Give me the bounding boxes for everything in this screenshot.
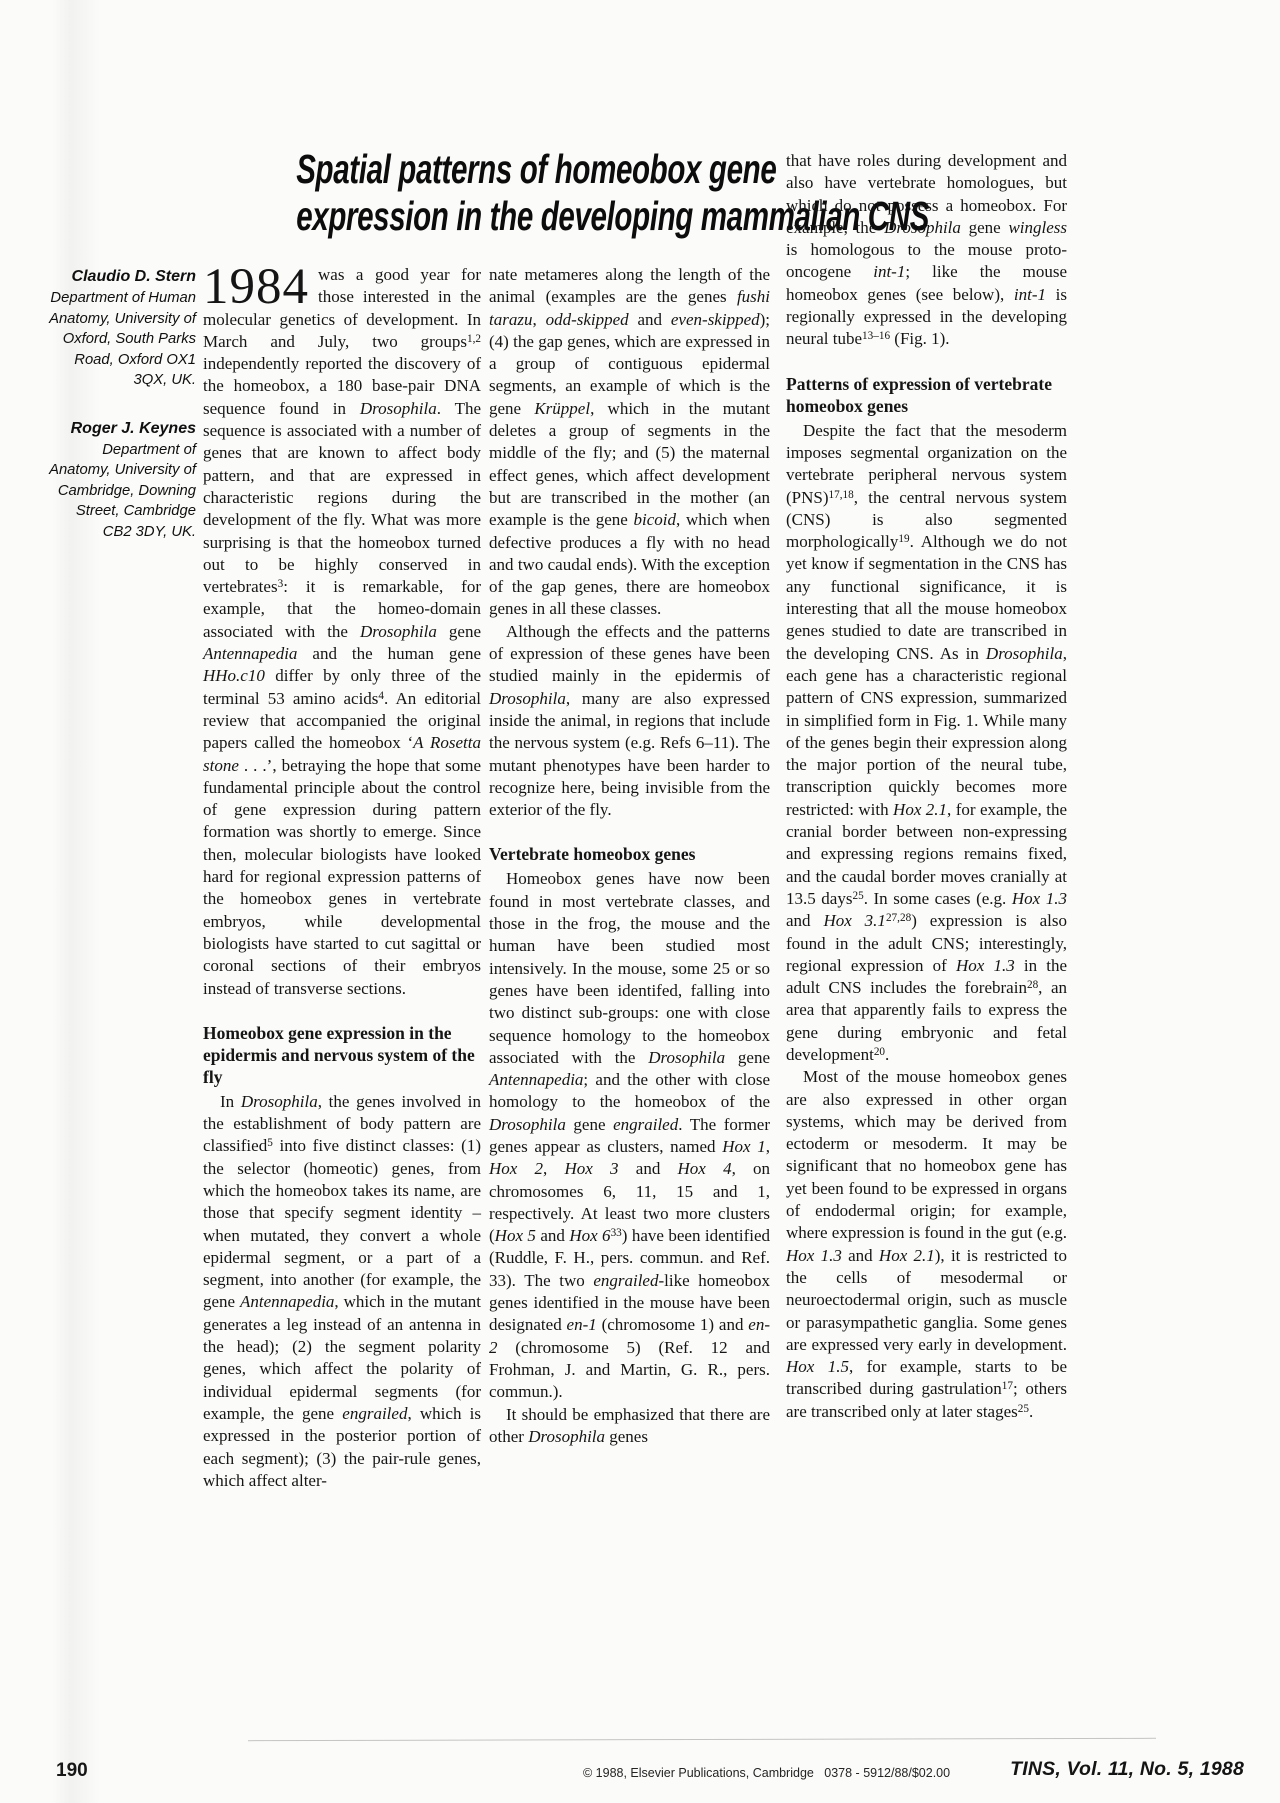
journal-page: Spatial patterns of homeobox gene expres…	[0, 0, 1280, 1803]
intro-paragraph-text: was a good year for those interested in …	[203, 265, 481, 998]
continuation-paragraph: that have roles during development and a…	[786, 150, 1067, 351]
author-block: Claudio D. Stern Department of Human Ana…	[44, 266, 196, 391]
dropcap-year: 1984	[203, 264, 318, 308]
journal-citation: TINS, Vol. 11, No. 5, 1988	[1010, 1758, 1244, 1781]
section-heading-vertebrate: Vertebrate homeobox genes	[489, 843, 770, 865]
epidermis-paragraph: Although the effects and the patterns of…	[489, 621, 770, 822]
emphasis-paragraph: It should be emphasized that there are o…	[489, 1404, 770, 1449]
text-column-1: 1984was a good year for those interested…	[203, 264, 481, 1492]
author-name: Claudio D. Stern	[44, 266, 196, 288]
author-affiliation: Department of Human Anatomy, University …	[44, 288, 196, 391]
intro-paragraph: 1984was a good year for those interested…	[203, 264, 481, 1000]
organs-paragraph: Most of the mouse homeobox genes are als…	[786, 1066, 1067, 1423]
article-title: Spatial patterns of homeobox gene expres…	[110, 146, 775, 240]
continuation-paragraph: nate metameres along the length of the a…	[489, 264, 770, 621]
text-column-2: nate metameres along the length of the a…	[489, 264, 770, 1448]
author-sidebar: Claudio D. Stern Department of Human Ana…	[44, 266, 196, 569]
text-column-3: that have roles during development and a…	[786, 150, 1067, 1423]
author-affiliation: Department of Anatomy, University of Cam…	[44, 440, 196, 543]
copyright-notice: © 1988, Elsevier Publications, Cambridge…	[583, 1766, 950, 1780]
scan-artifact-line	[248, 1738, 1156, 1741]
patterns-paragraph: Despite the fact that the mesoderm impos…	[786, 420, 1067, 1067]
section-heading-patterns: Patterns of expression of vertebrate hom…	[786, 373, 1067, 417]
author-block: Roger J. Keynes Department of Anatomy, U…	[44, 418, 196, 543]
fly-paragraph: In Drosophila, the genes involved in the…	[203, 1091, 481, 1492]
vertebrate-paragraph: Homeobox genes have now been found in mo…	[489, 868, 770, 1403]
article-title-line-2: expression in the developing mammalian C…	[296, 193, 775, 240]
page-number: 190	[56, 1760, 88, 1782]
article-title-line-1: Spatial patterns of homeobox gene	[296, 146, 775, 193]
section-heading-fly: Homeobox gene expression in the epidermi…	[203, 1022, 481, 1088]
author-name: Roger J. Keynes	[44, 418, 196, 440]
